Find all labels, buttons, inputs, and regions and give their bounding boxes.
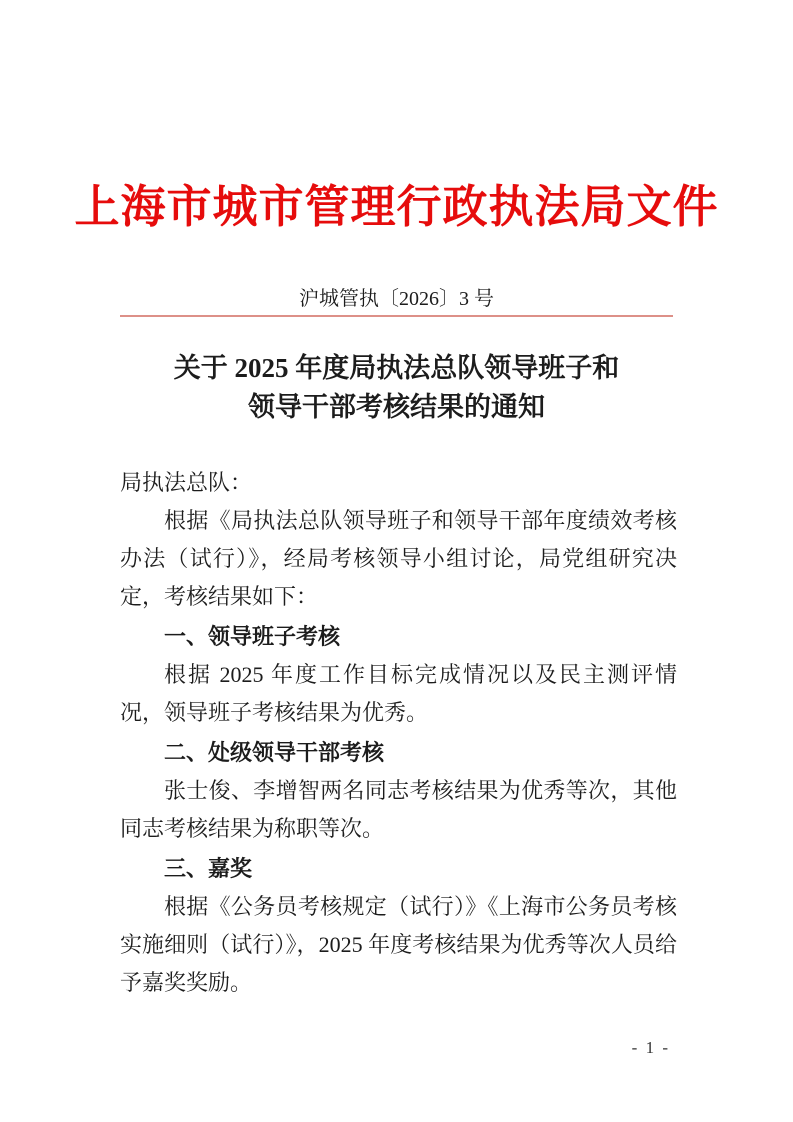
section-heading-2: 二、处级领导干部考核 [120,734,677,772]
document-body: 局执法总队： 根据《局执法总队领导班子和领导干部年度绩效考核办法（试行）》，经局… [120,464,677,1002]
section-paragraph-2: 张士俊、李增智两名同志考核结果为优秀等次，其他同志考核结果为称职等次。 [120,772,677,848]
section-heading-3: 三、嘉奖 [120,850,677,888]
notice-title: 关于 2025 年度局执法总队领导班子和 领导干部考核结果的通知 [0,349,793,427]
page-number: - 1 - [632,1037,670,1059]
intro-paragraph: 根据《局执法总队领导班子和领导干部年度绩效考核办法（试行）》，经局考核领导小组讨… [120,502,677,616]
red-divider-line [120,315,673,317]
section-paragraph-3: 根据《公务员考核规定（试行）》《上海市公务员考核实施细则（试行）》，2025 年… [120,888,677,1002]
document-page: 上海市城市管理行政执法局文件 沪城管执〔2026〕3 号 关于 2025 年度局… [0,0,793,1122]
salutation: 局执法总队： [120,464,677,502]
issuing-agency-banner: 上海市城市管理行政执法局文件 [0,181,793,233]
notice-title-line-1: 关于 2025 年度局执法总队领导班子和 [0,349,793,388]
document-reference-number: 沪城管执〔2026〕3 号 [0,286,793,312]
section-heading-1: 一、领导班子考核 [120,618,677,656]
section-paragraph-1: 根据 2025 年度工作目标完成情况以及民主测评情况，领导班子考核结果为优秀。 [120,656,677,732]
notice-title-line-2: 领导干部考核结果的通知 [0,388,793,427]
